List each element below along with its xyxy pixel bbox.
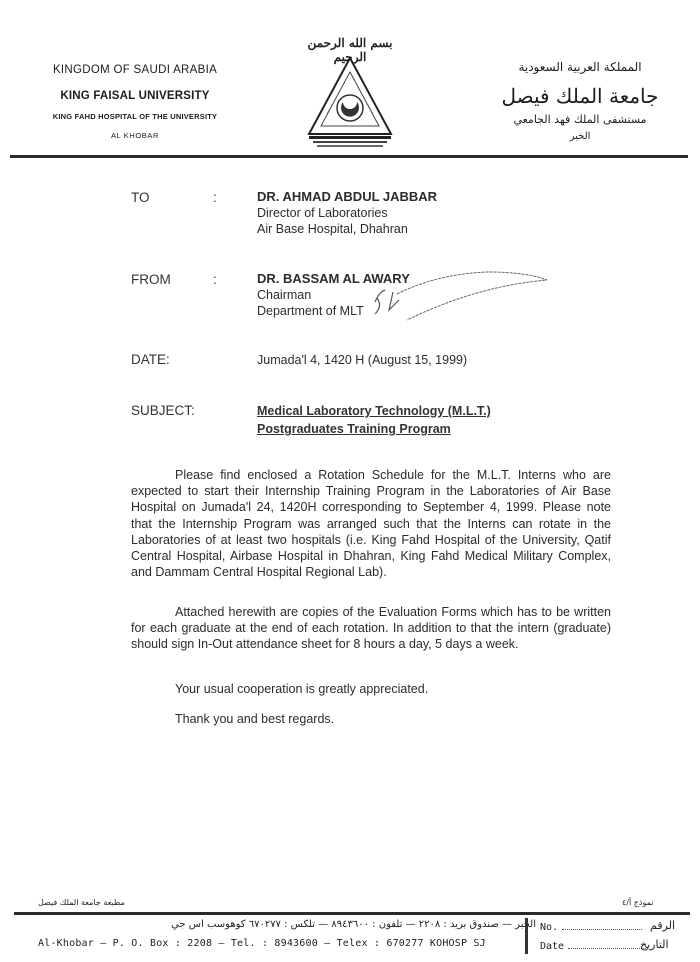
body-paragraph-1: Please find enclosed a Rotation Schedule… (131, 467, 611, 580)
subject-line-1: Medical Laboratory Technology (M.L.T.) (257, 402, 491, 420)
to-colon: : (213, 190, 217, 205)
date-label: DATE: (131, 352, 170, 367)
address-english: Al-Khobar — P. O. Box : 2208 — Tel. : 89… (38, 938, 486, 949)
subject-value: Medical Laboratory Technology (M.L.T.) P… (257, 402, 491, 438)
from-label: FROM (131, 272, 171, 287)
no-label: No. (540, 922, 558, 933)
date-field-label: Date (540, 941, 564, 952)
to-label: TO (131, 190, 150, 205)
address-arabic: الخبر — صندوق بريد : ٢٢٠٨ — تلفون : ٨٩٤٣… (36, 919, 536, 930)
footer-divider (14, 912, 690, 915)
country-name-arabic: المملكة العربية السعودية (480, 60, 680, 74)
subject-label: SUBJECT: (131, 403, 195, 418)
to-organization: Air Base Hospital, Dhahran (257, 221, 437, 237)
date-value: Jumada'l 4, 1420 H (August 15, 1999) (257, 352, 467, 368)
hospital-name: KING FAHD HOSPITAL OF THE UNIVERSITY (0, 112, 270, 121)
header-divider (10, 155, 688, 158)
no-label-arabic: الرقم (650, 919, 675, 932)
signature-icon (365, 262, 555, 322)
to-title: Director of Laboratories (257, 205, 437, 221)
city-name: AL KHOBAR (0, 131, 270, 140)
paragraph-1-text: Please find enclosed a Rotation Schedule… (131, 468, 611, 579)
country-name: KINGDOM OF SAUDI ARABIA (0, 64, 270, 76)
form-number-arabic: نموذج أ/٤ (622, 898, 653, 907)
hospital-name-arabic: مستشفى الملك فهد الجامعي (480, 113, 680, 126)
closing-line-1: Your usual cooperation is greatly apprec… (175, 682, 428, 696)
to-recipient: DR. AHMAD ABDUL JABBAR Director of Labor… (257, 189, 437, 237)
university-emblem-icon (305, 54, 395, 149)
paragraph-2-text: Attached herewith are copies of the Eval… (131, 605, 611, 651)
to-name: DR. AHMAD ABDUL JABBAR (257, 189, 437, 205)
reference-date-field: Date (540, 940, 648, 952)
university-name-arabic: جامعة الملك فيصل (480, 84, 680, 108)
footer-vertical-divider (525, 918, 528, 954)
city-name-arabic: الخبر (480, 131, 680, 142)
date-label-arabic: التاريخ (640, 938, 669, 951)
from-colon: : (213, 272, 217, 287)
university-name: KING FAISAL UNIVERSITY (0, 90, 270, 102)
closing-line-2: Thank you and best regards. (175, 712, 334, 726)
subject-line-2: Postgraduates Training Program (257, 420, 491, 438)
reference-number-field: No. (540, 921, 642, 933)
press-note-arabic: مطبعة جامعة الملك فيصل (38, 898, 125, 907)
body-paragraph-2: Attached herewith are copies of the Eval… (131, 604, 611, 653)
